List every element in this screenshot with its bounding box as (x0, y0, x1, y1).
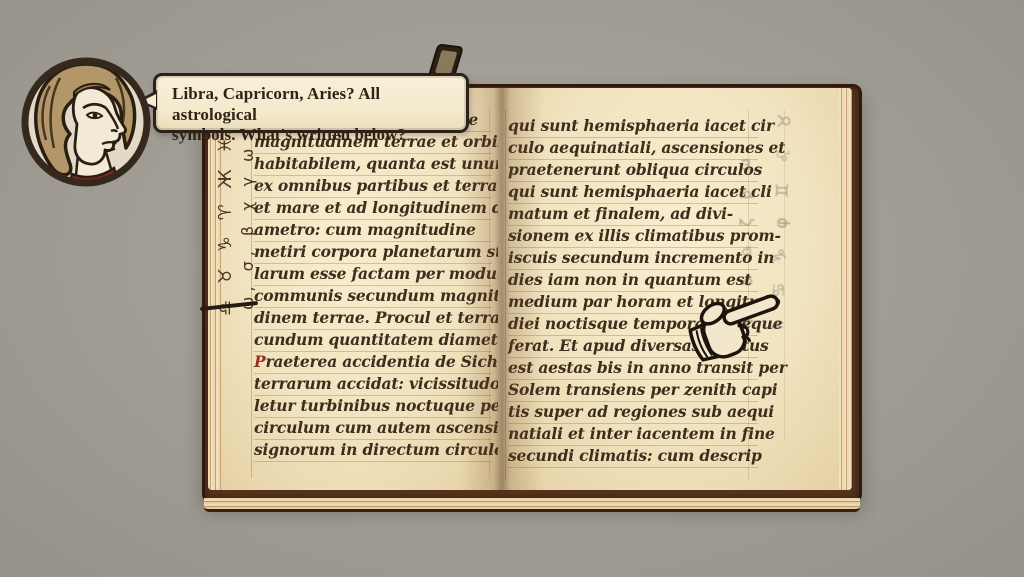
manuscript-line: et mare et ad longitudinem di- (254, 198, 492, 220)
left-page-lines-a: magnitudinem terrae et orbis ethabitabil… (254, 132, 492, 352)
dialogue-bubble[interactable]: Libra, Capricorn, Aries? All astrologica… (153, 73, 469, 133)
manuscript-line: qui sunt hemisphaeria iacet cir (508, 116, 758, 138)
manicule-pointing-hand-icon[interactable] (688, 288, 794, 364)
right-page-ruling-vertical (505, 110, 506, 480)
manuscript-line: letur turbinibus noctuque per (254, 396, 492, 418)
dialogue-text-line: symbols. What's written below? (172, 125, 466, 146)
manuscript-line: cundum quantitatem diametri. (254, 330, 492, 352)
bottom-page-edge-stack (204, 498, 860, 512)
manuscript-line: dinem terrae. Procul et terrae se (254, 308, 492, 330)
manuscript-line: natiali et inter iacentem in fine (508, 424, 758, 446)
manuscript-line: matum et finalem, ad divi- (508, 204, 758, 226)
rubricated-line-rest: raeterea accidentia de Siche (265, 352, 507, 371)
manuscript-line: ex omnibus partibus et terram (254, 176, 492, 198)
manuscript-line: larum esse factam per modum (254, 264, 492, 286)
manuscript-line: Solem transiens per zenith capi (508, 380, 758, 402)
left-page-lines-b: terrarum accidat: vicissitudo deletur tu… (254, 374, 492, 462)
rubricated-initial: P (254, 352, 265, 371)
manuscript-line: signorum in directum circulos (254, 440, 492, 462)
manuscript-line: habitabilem, quanta est unum (254, 154, 492, 176)
manuscript-line: circulum cum autem ascensiones (254, 418, 492, 440)
manuscript-line: tis super ad regiones sub aequi (508, 402, 758, 424)
manuscript-line: iscuis secundum incremento in (508, 248, 758, 270)
manuscript-line: ametro: cum magnitudine (254, 220, 492, 242)
manuscript-line: culo aequinatiali, ascensiones et (508, 138, 758, 160)
right-page: ♄ ♋ ♑ φ ♊ ♌ ♉ γ, δ ♎ ζ β ω qui sunt hemi… (498, 88, 852, 490)
zodiac-symbols-left-outer[interactable]: ♎ ♉ ♑ ♈ Ж ♓ ♒ ♍ (214, 116, 238, 316)
manuscript-line: communis secundum magnitu (254, 286, 492, 308)
speaker-portrait-andreas (20, 56, 152, 188)
left-page-text: ae magnitudinem terrae et orbis ethabita… (254, 110, 492, 462)
manuscript-line: secundi climatis: cum descrip (508, 446, 758, 468)
manuscript-line-rubricated: Praeterea accidentia de Siche (254, 352, 492, 374)
manuscript-line: praetenerunt obliqua circulos (508, 160, 758, 182)
manuscript-line: terrarum accidat: vicissitudo de (254, 374, 492, 396)
right-page-edge-stack (839, 88, 852, 490)
dialogue-text-line: Libra, Capricorn, Aries? All astrologica… (172, 84, 466, 125)
left-page: ♎ ♉ ♑ ♈ Ж ♓ ♒ ♍ ω, σ, β χ γ ω η ae magni… (208, 88, 498, 490)
manuscript-line: metiri corpora planetarum stel (254, 242, 492, 264)
manuscript-line: qui sunt hemisphaeria iacet cli (508, 182, 758, 204)
manuscript-line: sionem ex illis climatibus prom- (508, 226, 758, 248)
